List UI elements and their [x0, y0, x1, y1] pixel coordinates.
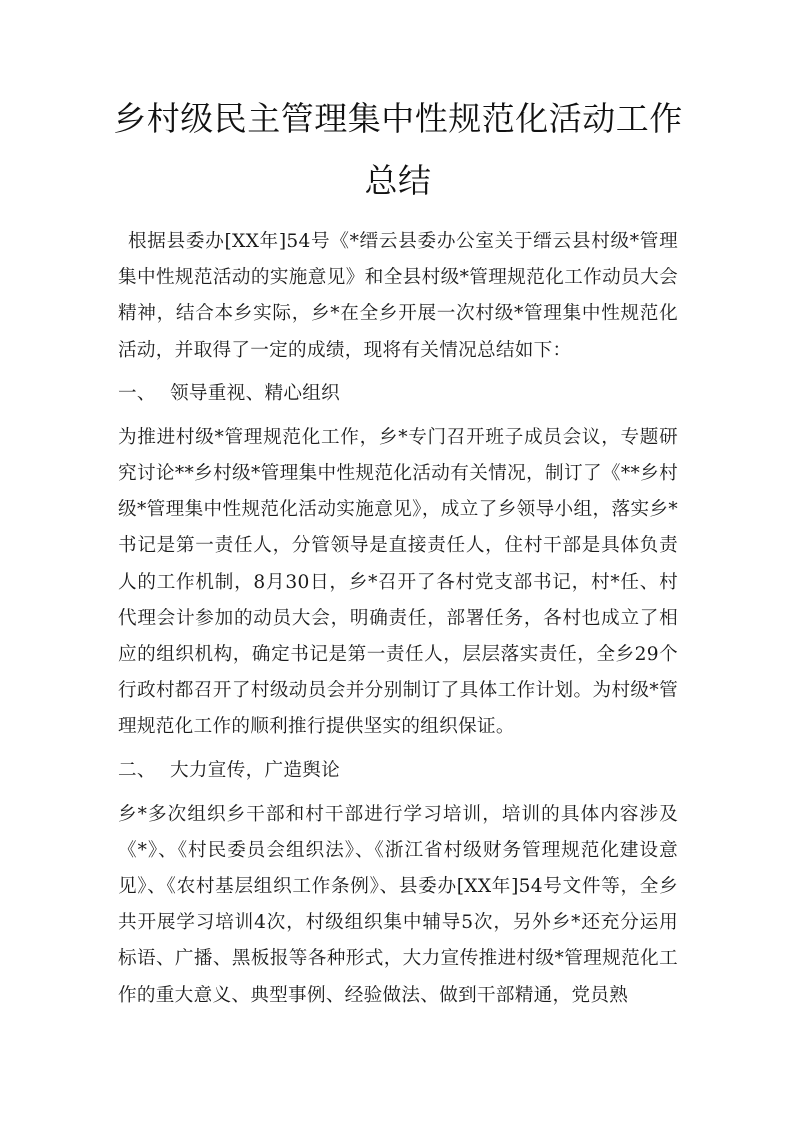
section-body-1: 为推进村级*管理规范化工作，乡*专门召开班子成员会议，专题研究讨论**乡村级*管…: [118, 420, 678, 746]
section-heading-text: 大力宣传，广造舆论: [170, 760, 340, 781]
section-number: 一、: [118, 376, 170, 412]
section-heading-text: 领导重视、精心组织: [170, 383, 340, 404]
section-heading-1: 一、领导重视、精心组织: [118, 376, 678, 412]
intro-paragraph: 根据县委办[XX年]54号《*缙云县委办公室关于缙云县村级*管理集中性规范活动的…: [118, 224, 678, 369]
document-title: 乡村级民主管理集中性规范化活动工作总结: [98, 88, 698, 212]
document-page: 乡村级民主管理集中性规范化活动工作总结 根据县委办[XX年]54号《*缙云县委办…: [118, 88, 678, 1014]
section-body-2: 乡*多次组织乡干部和村干部进行学习培训，培训的具体内容涉及《*》、《村民委员会组…: [118, 797, 678, 1014]
section-heading-2: 二、大力宣传，广造舆论: [118, 753, 678, 789]
section-number: 二、: [118, 753, 170, 789]
